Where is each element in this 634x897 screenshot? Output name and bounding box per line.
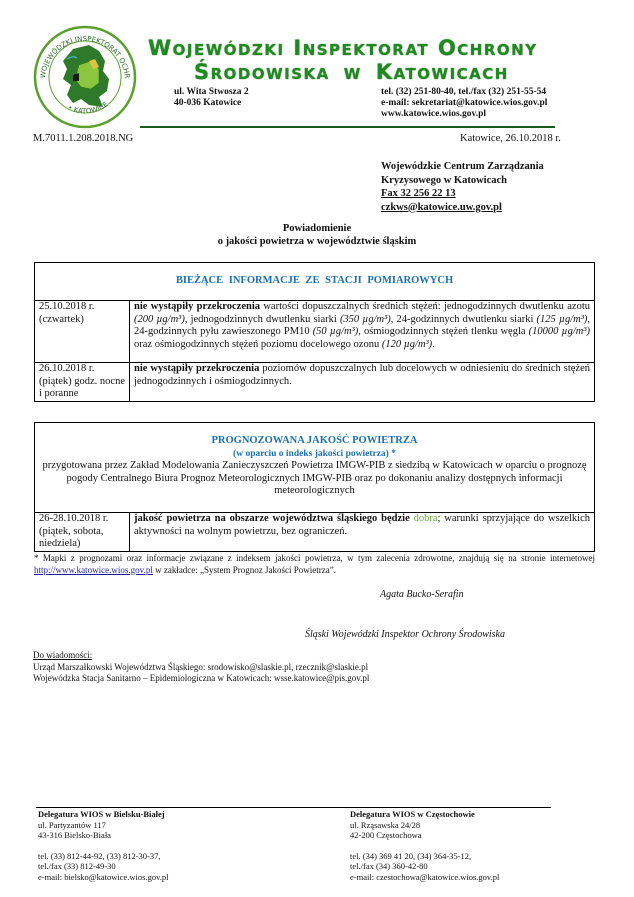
signatory-name: Agata Bucko-Serafin — [380, 589, 464, 600]
notice-subheading: o jakości powietrza w województwie śląsk… — [0, 235, 634, 248]
branch-fax: tel./fax (33) 812-49-30 — [38, 861, 169, 872]
info-text-part: oraz ośmiogodzinnych stężeń poziomu doce… — [134, 339, 382, 350]
recipient-name: Wojewódzkie Centrum Zarządzania — [381, 160, 544, 174]
branch-czestochowa: Delegatura WIOS w Częstochowie ul. Rząsa… — [350, 809, 499, 882]
info-text-part: , ośmiogodzinnych stężeń tlenku węgla — [358, 326, 528, 337]
air-quality-badge: dobra — [414, 513, 438, 524]
forecast-description: przygotowana przez Zakład Modelowania Za… — [42, 460, 586, 496]
footer-divider — [36, 807, 551, 808]
recipient-block: Wojewódzkie Centrum Zarządzania Kryzysow… — [381, 160, 544, 214]
org-title-word: Środowiska — [194, 60, 330, 84]
row-day: (czwartek) — [39, 314, 125, 327]
limit-value: (50 µg/m³) — [313, 326, 359, 337]
org-contact: tel. (32) 251-80-40, tel./fax (32) 251-5… — [381, 87, 547, 120]
notice-heading: Powiadomienie — [0, 222, 634, 235]
current-info-heading: BIEŻĄCE INFORMACJE ZE STACJI POMIAROWYCH — [35, 263, 595, 301]
footnote-text: * Mapki z prognozami oraz informacje zwi… — [34, 553, 595, 563]
header-divider — [140, 126, 555, 128]
org-title-word: Katowicach — [376, 60, 509, 84]
info-text-part: , 24-godzinnych dwutlenku siarki — [391, 314, 537, 325]
branch-name: Delegatura WIOS w Częstochowie — [350, 809, 499, 820]
row-date: 25.10.2018 r. — [39, 301, 125, 314]
date-cell: 26-28.10.2018 r. (piątek, sobota, niedzi… — [35, 513, 130, 552]
table-row: 25.10.2018 r. (czwartek) nie wystąpiły p… — [35, 301, 595, 363]
organization-title: Wojewódzki Inspektorat Ochrony Środowisk… — [148, 36, 568, 84]
org-title-line2: ŚrodowiskawKatowicach — [148, 60, 568, 84]
branch-name: Delegatura WIOS w Bielsku-Białej — [38, 809, 169, 820]
contact-phone: tel. (32) 251-80-40, tel./fax (32) 251-5… — [381, 87, 547, 98]
status-bold: nie wystąpiły przekroczenia — [134, 301, 260, 312]
table-row: 26.10.2018 r. (piątek) godz. nocne i por… — [35, 363, 595, 402]
branch-phone: tel. (34) 369 41 20, (34) 364-35-12, — [350, 851, 499, 862]
address-line: 40-036 Katowice — [174, 98, 249, 109]
cc-recipient: Urząd Marszałkowski Województwa Śląskieg… — [33, 662, 369, 674]
row-day: (piątek) godz. nocne i poranne — [39, 376, 125, 401]
limit-value: (120 µg/m³) — [382, 339, 432, 350]
notice-title: Powiadomienie o jakości powietrza w woje… — [0, 222, 634, 248]
reference-number: M.7011.1.208.2018.NG — [33, 133, 133, 144]
branch-email[interactable]: e-mail: czestochowa@katowice.wios.gov.pl — [350, 872, 499, 883]
cc-recipient: Wojewódzka Stacja Sanitarno – Epidemiolo… — [33, 673, 369, 685]
website-link[interactable]: http://www.katowice.wios.gov.pl — [34, 565, 153, 575]
limit-value: (125 µg/m³) — [537, 314, 588, 325]
org-title-word: w — [330, 60, 376, 84]
info-text-part: . — [432, 339, 435, 350]
info-text-part: wartości dopuszczalnych średnich stężeń:… — [260, 301, 590, 312]
contact-email[interactable]: e-mail: sekretariat@katowice.wios.gov.pl — [381, 98, 547, 109]
signatory-title: Śląski Wojewódzki Inspektor Ochrony Środ… — [305, 629, 505, 640]
forecast-subheading: (w oparciu o indeks jakości powietrza) * — [39, 448, 590, 461]
limit-value: (200 µg/m³) — [134, 314, 185, 325]
forecast-heading: PROGNOZOWANA JAKOŚĆ POWIETRZA — [39, 435, 590, 448]
info-cell: nie wystąpiły przekroczenia wartości dop… — [130, 301, 595, 363]
date-cell: 26.10.2018 r. (piątek) godz. nocne i por… — [35, 363, 130, 402]
date-cell: 25.10.2018 r. (czwartek) — [35, 301, 130, 363]
org-address: ul. Wita Stwosza 2 40-036 Katowice — [174, 87, 249, 109]
document-date: Katowice, 26.10.2018 r. — [460, 133, 561, 144]
branch-phone: tel. (33) 812-44-92, (33) 812-30-37, — [38, 851, 169, 862]
branch-street: ul. Partyzantów 117 — [38, 820, 169, 831]
info-text-part: , jednogodzinnych dwutlenku siarki — [185, 314, 340, 325]
table-row: 26-28.10.2018 r. (piątek, sobota, niedzi… — [35, 513, 595, 552]
row-date: 26.10.2018 r. — [39, 363, 125, 376]
org-title-line1: Wojewódzki Inspektorat Ochrony — [148, 36, 568, 60]
info-cell: nie wystąpiły przekroczenia poziomów dop… — [130, 363, 595, 402]
forecast-cell: jakość powietrza na obszarze województwa… — [130, 513, 595, 552]
wios-seal-logo: WOJEWÓDZKI INSPEKTORAT OCHRONY ŚRODOWISK… — [33, 25, 137, 129]
footnote: * Mapki z prognozami oraz informacje zwi… — [34, 553, 595, 576]
branch-email[interactable]: e-mail: bielsko@katowice.wios.gov.pl — [38, 872, 169, 883]
recipient-name-cont: Kryzysowego w Katowicach — [381, 174, 544, 188]
limit-value: (350 µg/m³) — [340, 314, 391, 325]
branch-fax: tel./fax (34) 360-42-80 — [350, 861, 499, 872]
limit-value: (10000 µg/m³) — [529, 326, 590, 337]
current-info-table: BIEŻĄCE INFORMACJE ZE STACJI POMIAROWYCH… — [34, 262, 595, 402]
status-bold: nie wystąpiły przekroczenia — [134, 363, 259, 374]
address-line: ul. Wita Stwosza 2 — [174, 87, 249, 98]
cc-block: Do wiadomości: Urząd Marszałkowski Wojew… — [33, 650, 369, 685]
wios-seal-icon: WOJEWÓDZKI INSPEKTORAT OCHRONY ŚRODOWISK… — [33, 25, 137, 129]
contact-website[interactable]: www.katowice.wios.gov.pl — [381, 109, 547, 120]
recipient-email[interactable]: czkws@katowice.uw.gov.pl — [381, 201, 544, 215]
forecast-heading-cell: PROGNOZOWANA JAKOŚĆ POWIETRZA (w oparciu… — [35, 423, 595, 513]
forecast-bold: jakość powietrza na obszarze województwa… — [134, 513, 410, 524]
row-day: (piątek, sobota, niedziela) — [39, 526, 125, 551]
forecast-table: PROGNOZOWANA JAKOŚĆ POWIETRZA (w oparciu… — [34, 422, 595, 552]
branch-city: 42-200 Częstochowa — [350, 830, 499, 841]
branch-street: ul. Rząsawska 24/28 — [350, 820, 499, 831]
branch-bielsko: Delegatura WIOS w Bielsku-Białej ul. Par… — [38, 809, 169, 882]
recipient-fax: Fax 32 256 22 13 — [381, 187, 544, 201]
row-date: 26-28.10.2018 r. — [39, 513, 125, 526]
cc-label: Do wiadomości: — [33, 650, 369, 662]
branch-city: 43-316 Bielsko-Biała — [38, 830, 169, 841]
footnote-text: w zakładce: „System Prognoz Jakości Powi… — [153, 565, 336, 575]
